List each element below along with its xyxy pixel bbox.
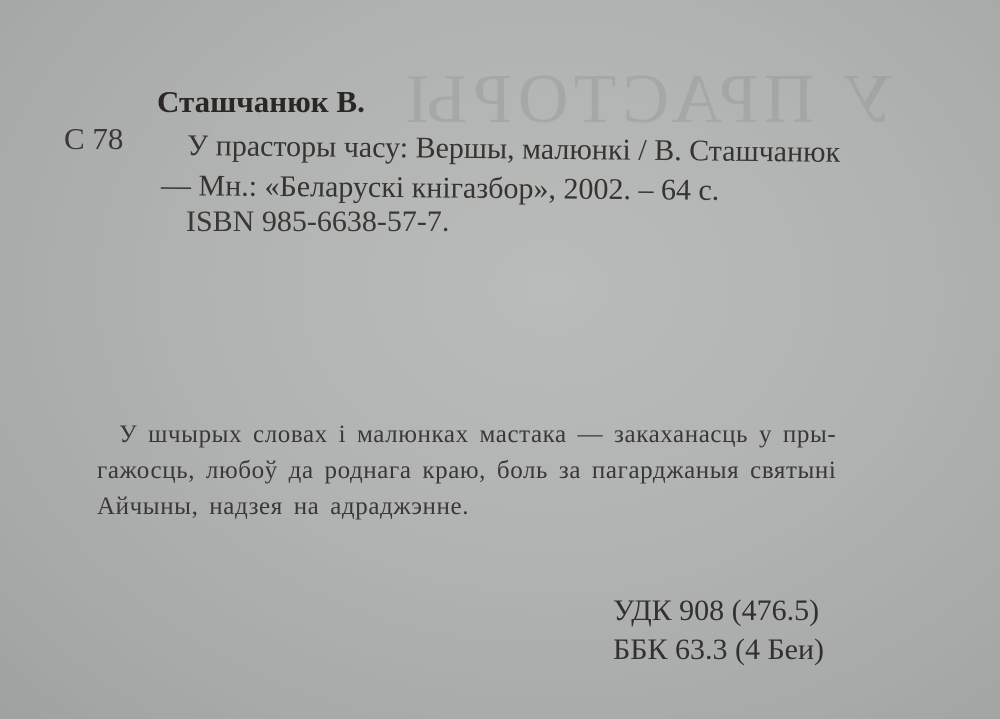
bbk-index: ББК 63.3 (4 Беи) xyxy=(613,635,824,665)
isbn: ISBN 985-6638-57-7. xyxy=(186,207,449,237)
classification-code: С 78 xyxy=(64,123,123,154)
annotation-line: У шчырых словах і малюнках мастака — зак… xyxy=(97,417,957,453)
title-statement: У прасторы часу: Вершы, малюнкі / В. Ста… xyxy=(187,131,840,168)
annotation-line: гажосць, любоў да роднага краю, боль за … xyxy=(97,453,957,489)
bleed-through-text: У ПРАСТОРЫ xyxy=(400,60,894,140)
author-name: Сташчанюк В. xyxy=(157,86,365,117)
annotation-paragraph: У шчырых словах і малюнках мастака — зак… xyxy=(97,417,957,525)
udk-index: УДК 908 (476.5) xyxy=(613,596,819,626)
annotation-line: Айчыны, надзея на адраджэнне. xyxy=(97,489,957,525)
publication-statement: — Мн.: «Беларускі кнігазбор», 2002. – 64… xyxy=(161,171,719,206)
book-imprint-page: У ПРАСТОРЫ Сташчанюк В. С 78 У прасторы … xyxy=(0,0,1000,719)
